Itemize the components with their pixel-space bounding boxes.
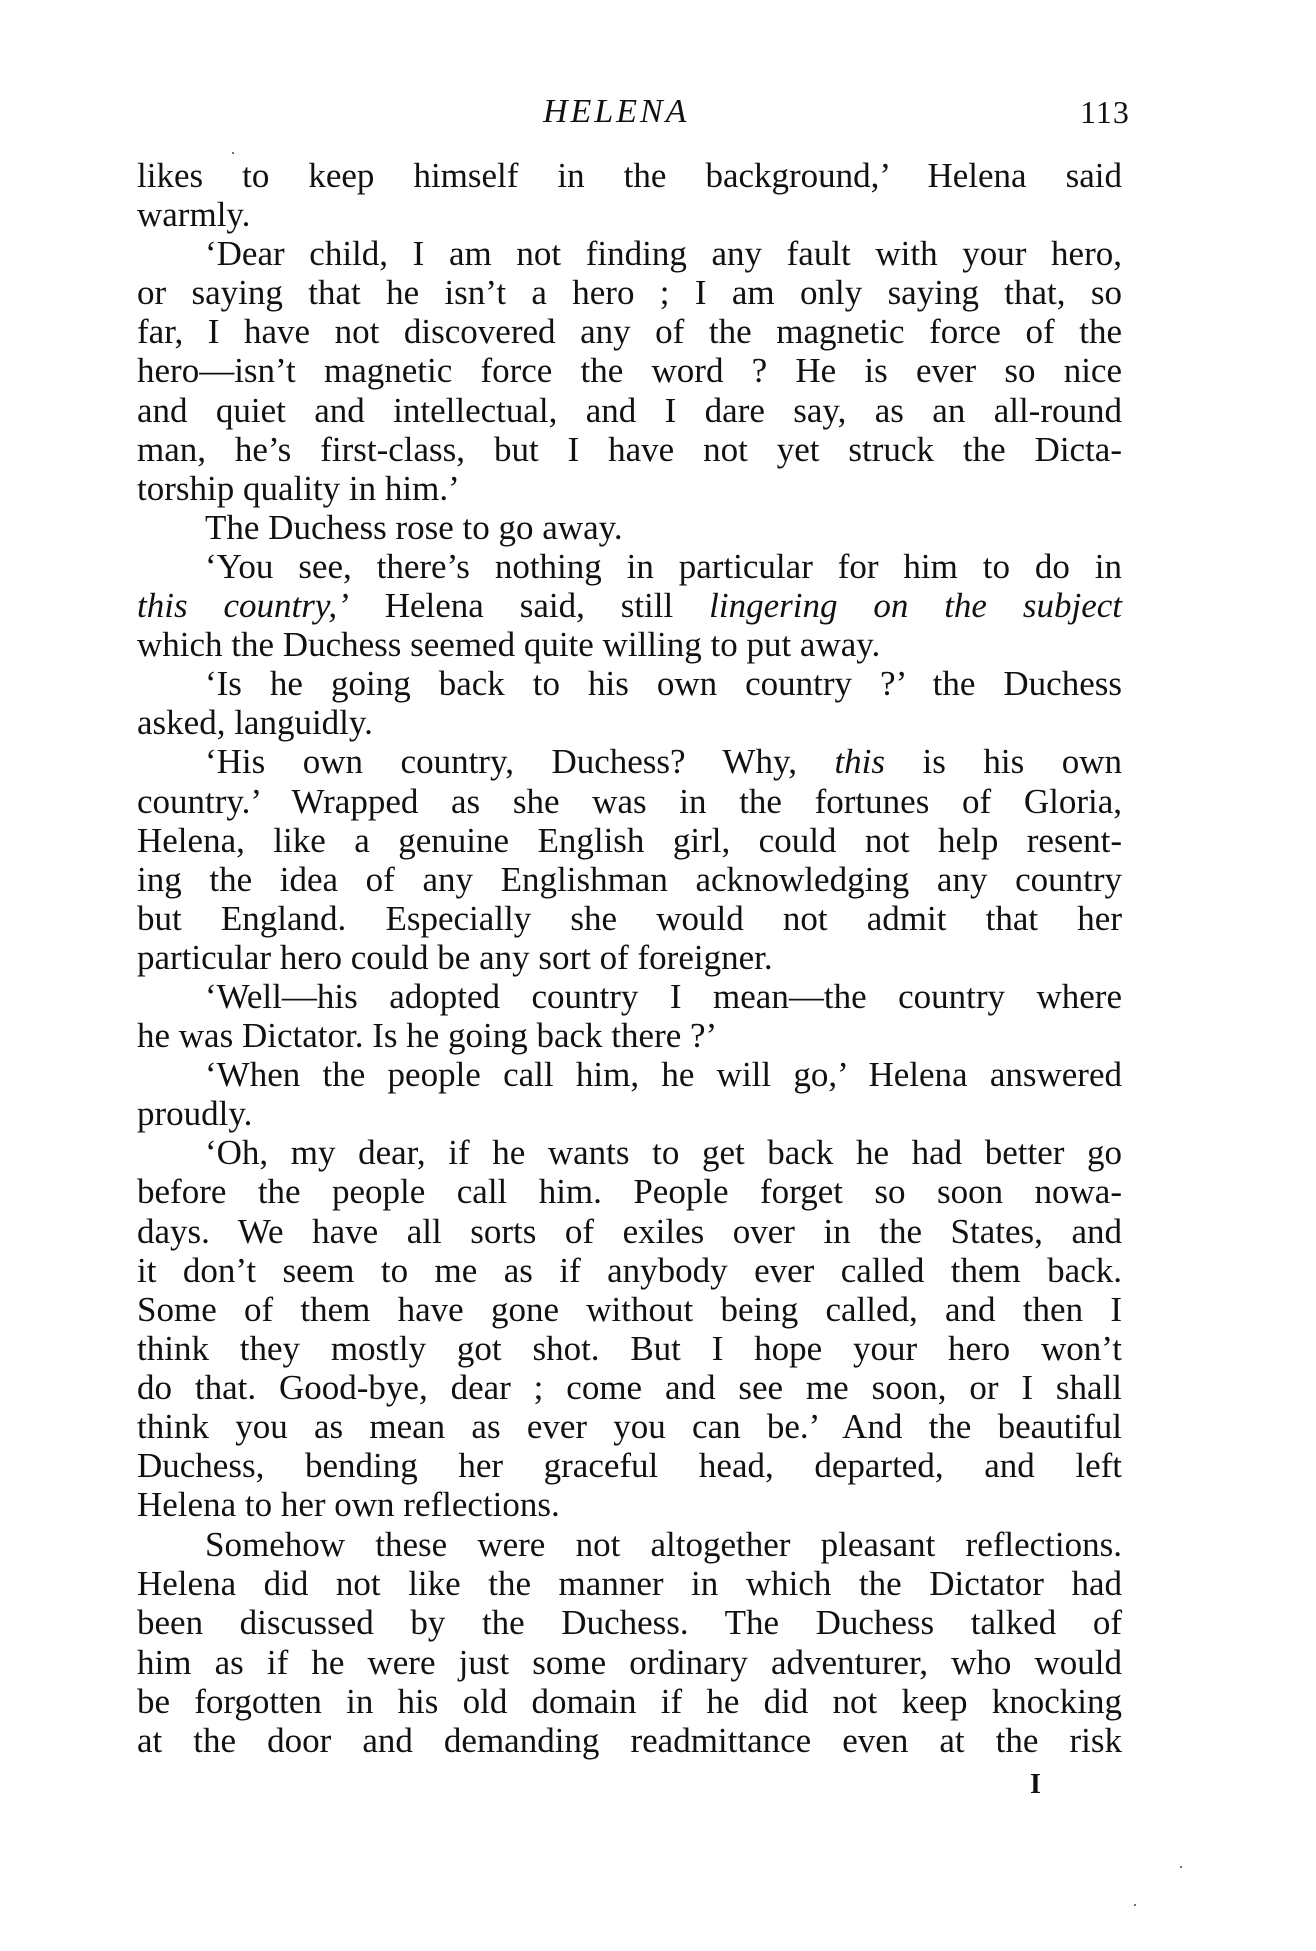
text-line: man, he’s first-class, but I have not ye… — [137, 430, 1122, 469]
text-line: proudly. — [137, 1094, 1122, 1133]
text-line: torship quality in him.’ — [137, 469, 1122, 508]
text-line: which the Duchess seemed quite willing t… — [137, 625, 1122, 664]
text-line: ‘You see, there’s nothing in particular … — [137, 547, 1122, 586]
text-line: or saying that he isn’t a hero ; I am on… — [137, 273, 1122, 312]
text-line: ‘Is he going back to his own country ?’ … — [137, 664, 1122, 703]
text-line: Duchess, bending her graceful head, depa… — [137, 1446, 1122, 1485]
text-line: be forgotten in his old domain if he did… — [137, 1682, 1122, 1721]
print-speck — [1180, 1866, 1182, 1868]
text-line: do that. Good-bye, dear ; come and see m… — [137, 1368, 1122, 1407]
text-line: Helena, like a genuine English girl, cou… — [137, 821, 1122, 860]
italic-emphasis: lingering on the subject — [709, 586, 1122, 625]
text-line: but England. Especially she would not ad… — [137, 899, 1122, 938]
text-line: far, I have not discovered any of the ma… — [137, 312, 1122, 351]
page-number: 113 — [1080, 92, 1130, 132]
italic-emphasis: this — [834, 742, 885, 781]
italic-emphasis: this country,’ — [137, 586, 349, 625]
text-line: warmly. — [137, 195, 1122, 234]
text-line: he was Dictator. Is he going back there … — [137, 1016, 1122, 1055]
book-page: HELENA 113 likes to keep himself in the … — [0, 0, 1316, 1951]
print-speck — [232, 152, 234, 154]
text-line: particular hero could be any sort of for… — [137, 938, 1122, 977]
text-line: him as if he were just some ordinary adv… — [137, 1643, 1122, 1682]
text-line: ‘Dear child, I am not finding any fault … — [137, 234, 1122, 273]
text-line: think you as mean as ever you can be.’ A… — [137, 1407, 1122, 1446]
text-line: ing the idea of any Englishman acknowled… — [137, 860, 1122, 899]
running-title: HELENA — [543, 92, 689, 132]
text-line: and quiet and intellectual, and I dare s… — [137, 391, 1122, 430]
text-line: before the people call him. People forge… — [137, 1172, 1122, 1211]
text-line: likes to keep himself in the background,… — [137, 156, 1122, 195]
text-line: ‘Oh, my dear, if he wants to get back he… — [137, 1133, 1122, 1172]
text-line: asked, languidly. — [137, 703, 1122, 742]
text-line: think they mostly got shot. But I hope y… — [137, 1329, 1122, 1368]
text-line: ‘When the people call him, he will go,’ … — [137, 1055, 1122, 1094]
body-text: likes to keep himself in the background,… — [137, 156, 1122, 1760]
signature-mark: I — [1030, 1770, 1041, 1800]
running-head: HELENA 113 — [0, 92, 1316, 132]
print-speck — [1134, 1904, 1136, 1906]
text-line: The Duchess rose to go away. — [137, 508, 1122, 547]
text-line: hero—isn’t magnetic force the word ? He … — [137, 351, 1122, 390]
text-line: Some of them have gone without being cal… — [137, 1290, 1122, 1329]
text-line: days. We have all sorts of exiles over i… — [137, 1212, 1122, 1251]
text-line: Somehow these were not altogether pleasa… — [137, 1525, 1122, 1564]
text-line: country.’ Wrapped as she was in the fort… — [137, 782, 1122, 821]
text-line: it don’t seem to me as if anybody ever c… — [137, 1251, 1122, 1290]
text-line: ‘Well—his adopted country I mean—the cou… — [137, 977, 1122, 1016]
text-line: ‘His own country, Duchess? Why, this is … — [137, 742, 1122, 781]
text-line: Helena to her own reflections. — [137, 1485, 1122, 1524]
text-line: been discussed by the Duchess. The Duche… — [137, 1603, 1122, 1642]
text-line: at the door and demanding readmittance e… — [137, 1721, 1122, 1760]
text-line: Helena did not like the manner in which … — [137, 1564, 1122, 1603]
text-line: this country,’ Helena said, still linger… — [137, 586, 1122, 625]
